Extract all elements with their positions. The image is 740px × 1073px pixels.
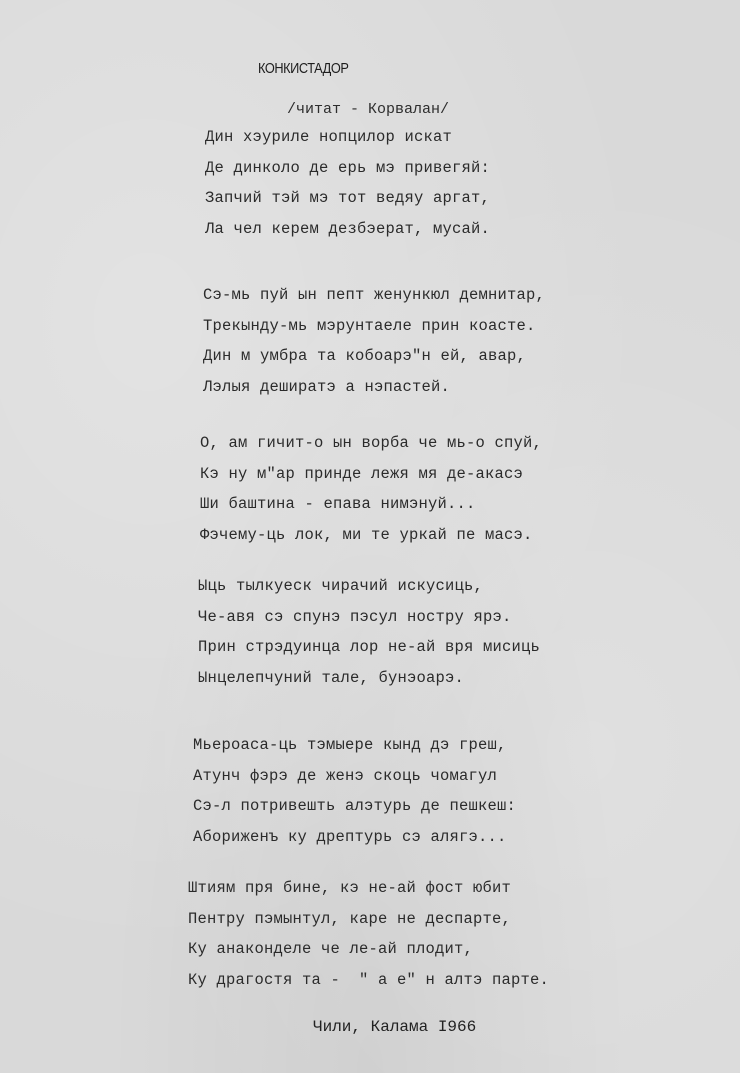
stanza-2: Сэ-мь пуй ын пепт женункюл демнитар, Тре… [203, 280, 545, 402]
poem-line: Пентру пэмынтул, каре не деспарте, [188, 904, 549, 935]
stanza-6: Штиям пря бине, кэ не-ай фост юбит Пентр… [188, 873, 549, 995]
poem-line: Атунч фэрэ де женэ скоць чомагул [193, 761, 516, 792]
typewritten-page: КОНКИСТАДОР /читат - Корвалан/ Дин хэури… [0, 0, 740, 1073]
poem-line: Трекынду-мь мэрунтаеле прин коасте. [203, 311, 545, 342]
stanza-1: Дин хэуриле нопцилор искат Де динколо де… [205, 122, 490, 244]
poem-line: Фэчему-ць лок, ми те уркай пе масэ. [200, 520, 542, 551]
poem-title: КОНКИСТАДОР [258, 60, 348, 77]
poem-line: Мьероаса-ць тэмыере кынд дэ греш, [193, 730, 516, 761]
signature-place-date: Чили, Калама I966 [313, 1018, 476, 1036]
poem-subtitle: /читат - Корвалан/ [287, 101, 449, 118]
poem-line: Ыць тылкуеск чирачий искусиць, [198, 571, 540, 602]
poem-line: Сэ-л потривешть алэтурь де пешкеш: [193, 791, 516, 822]
stanza-3: О, ам гичит-о ын ворба че мь-о спуй, Кэ … [200, 428, 542, 550]
poem-line: Че-авя сэ спунэ пэсул ностру ярэ. [198, 602, 540, 633]
poem-line: Ку анаконделе че ле-ай плодит, [188, 934, 549, 965]
poem-line: Прин стрэдуинца лор не-ай вря мисиць [198, 632, 540, 663]
poem-line: Абориженъ ку дрептурь сэ алягэ... [193, 822, 516, 853]
poem-line: Штиям пря бине, кэ не-ай фост юбит [188, 873, 549, 904]
poem-line: Кэ ну м"ар принде лежя мя де-акасэ [200, 459, 542, 490]
poem-line: Лэлыя деширатэ а нэпастей. [203, 372, 545, 403]
poem-line: Дин хэуриле нопцилор искат [205, 122, 490, 153]
poem-line: Дин м умбра та кобоарэ"н ей, авар, [203, 341, 545, 372]
poem-line: Ку драгостя та - " а е" н алтэ парте. [188, 965, 549, 996]
poem-line: Ынцелепчуний тале, бунэоарэ. [198, 663, 540, 694]
poem-line: Ши баштина - епава нимэнуй... [200, 489, 542, 520]
poem-line: Ла чел керем дезбэерат, мусай. [205, 214, 490, 245]
stanza-5: Мьероаса-ць тэмыере кынд дэ греш, Атунч … [193, 730, 516, 852]
poem-line: Запчий тэй мэ тот ведяу аргат, [205, 183, 490, 214]
poem-line: О, ам гичит-о ын ворба че мь-о спуй, [200, 428, 542, 459]
poem-line: Сэ-мь пуй ын пепт женункюл демнитар, [203, 280, 545, 311]
poem-line: Де динколо де ерь мэ привегяй: [205, 153, 490, 184]
stanza-4: Ыць тылкуеск чирачий искусиць, Че-авя сэ… [198, 571, 540, 693]
